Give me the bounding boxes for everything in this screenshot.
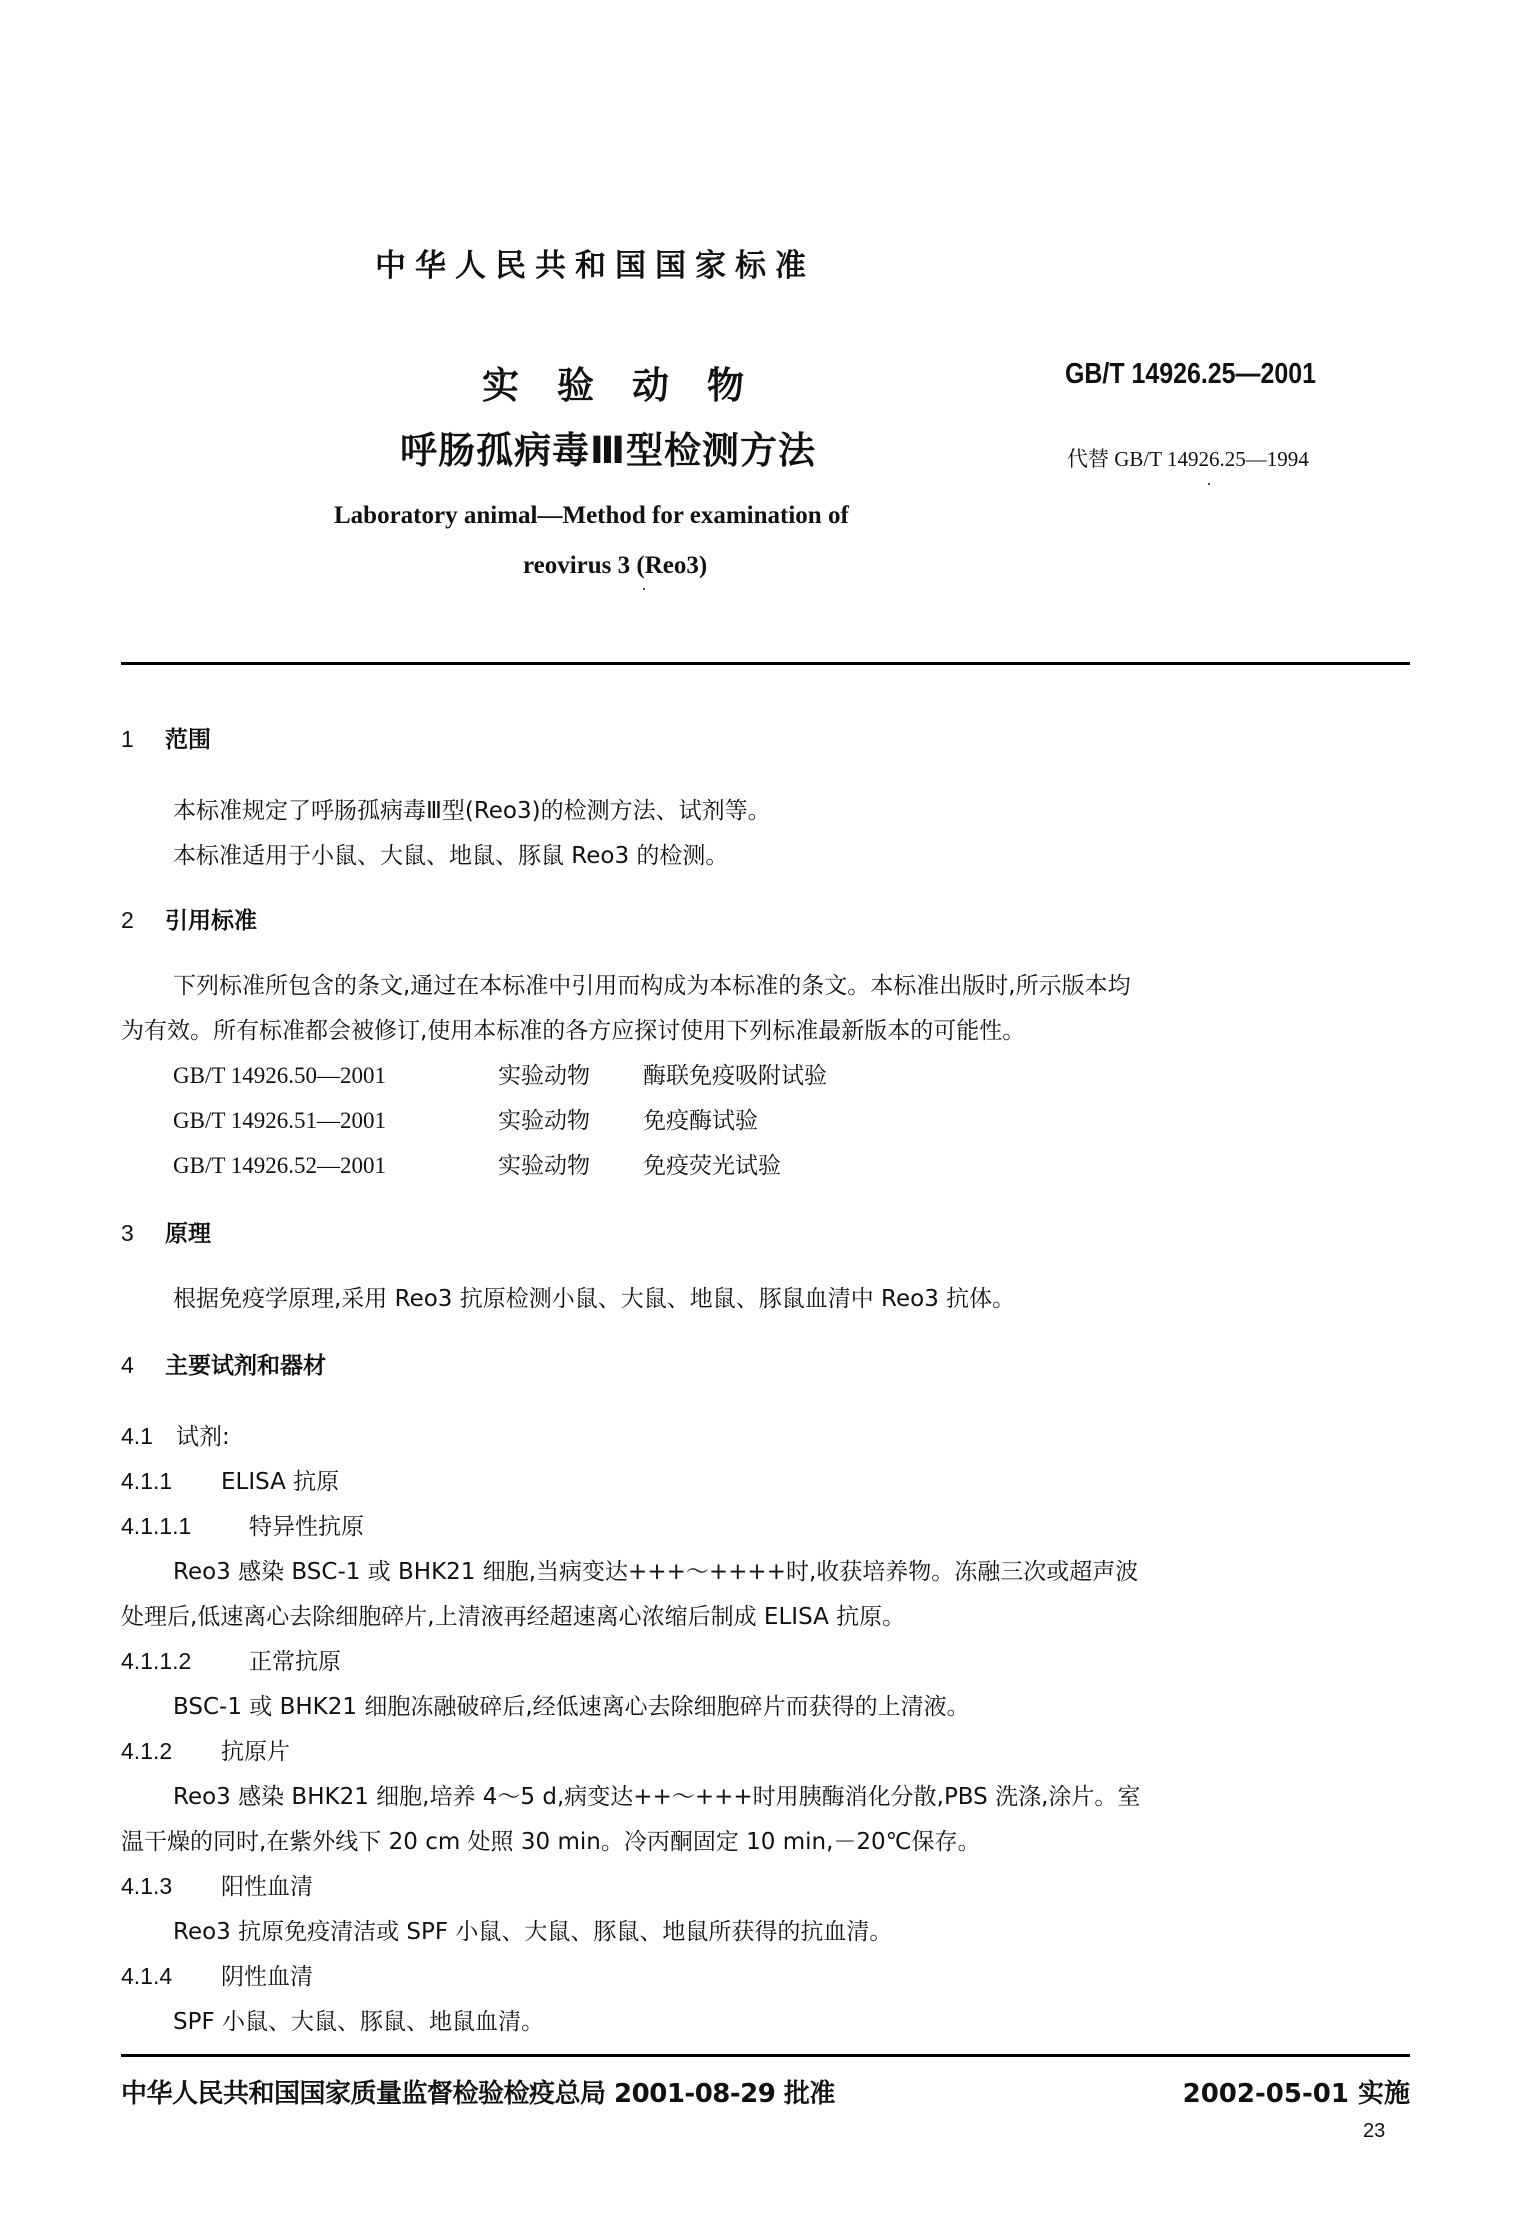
subsection-4-1-1-1: 4.1.1.1特异性抗原: [121, 1508, 364, 1541]
reference-item: GB/T 14926.50—2001实验动物酶联免疫吸附试验: [173, 1057, 827, 1090]
subsection-title: ELISA 抗原: [221, 1469, 339, 1495]
subsection-4-1: 4.1试剂:: [121, 1418, 230, 1451]
reference-code: GB/T 14926.50—2001: [173, 1063, 498, 1089]
national-standard-heading: 中华人民共和国国家标准: [375, 240, 815, 285]
paragraph: 处理后,低速离心去除细胞碎片,上清液再经超速离心浓缩后制成 ELISA 抗原。: [121, 1598, 905, 1631]
reference-category: 实验动物: [498, 1057, 643, 1090]
paragraph: BSC-1 或 BHK21 细胞冻融破碎后,经低速离心去除细胞碎片而获得的上清液…: [173, 1688, 970, 1721]
paragraph: 温干燥的同时,在紫外线下 20 cm 处照 30 min。冷丙酮固定 10 mi…: [121, 1823, 981, 1856]
reference-category: 实验动物: [498, 1102, 643, 1135]
reference-code: GB/T 14926.52—2001: [173, 1153, 498, 1179]
subsection-4-1-1-2: 4.1.1.2正常抗原: [121, 1643, 341, 1676]
implementation-date: 2002-05-01 实施: [1183, 2073, 1410, 2110]
page-number: 23: [1363, 2120, 1385, 2143]
paragraph: 根据免疫学原理,采用 Reo3 抗原检测小鼠、大鼠、地鼠、豚鼠血清中 Reo3 …: [173, 1280, 1015, 1313]
subsection-title: 正常抗原: [249, 1649, 341, 1675]
title-cn-line1: 实验动物: [482, 355, 782, 409]
subsection-4-1-2: 4.1.2抗原片: [121, 1733, 290, 1766]
subsection-title: 阳性血清: [221, 1874, 313, 1900]
paragraph: SPF 小鼠、大鼠、豚鼠、地鼠血清。: [173, 2003, 544, 2036]
scan-speck: [643, 588, 645, 590]
paragraph: 本标准规定了呼肠孤病毒Ⅲ型(Reo3)的检测方法、试剂等。: [173, 792, 771, 825]
subsection-title: 阴性血清: [221, 1964, 313, 1990]
footer-divider: [121, 2054, 1410, 2057]
subsection-4-1-1: 4.1.1ELISA 抗原: [121, 1463, 339, 1496]
subsection-number: 4.1: [121, 1423, 176, 1450]
section-number: 2: [121, 907, 165, 934]
reference-item: GB/T 14926.51—2001实验动物免疫酶试验: [173, 1102, 758, 1135]
subsection-4-1-3: 4.1.3阳性血清: [121, 1868, 313, 1901]
paragraph: 本标准适用于小鼠、大鼠、地鼠、豚鼠 Reo3 的检测。: [173, 837, 728, 870]
section-4-heading: 4主要试剂和器材: [121, 1347, 326, 1380]
replaces-standard: 代替 GB/T 14926.25—1994: [1067, 443, 1309, 473]
title-en-line2: reovirus 3 (Reo3): [523, 552, 707, 580]
subsection-number: 4.1.1: [121, 1468, 221, 1495]
reference-name: 酶联免疫吸附试验: [643, 1063, 827, 1089]
subsection-number: 4.1.2: [121, 1738, 221, 1765]
section-title: 原理: [165, 1221, 211, 1247]
section-title: 范围: [165, 727, 211, 753]
section-3-heading: 3原理: [121, 1215, 211, 1248]
subsection-title: 特异性抗原: [249, 1514, 364, 1540]
subsection-number: 4.1.3: [121, 1873, 221, 1900]
title-cn-line2: 呼肠孤病毒Ⅲ型检测方法: [400, 420, 816, 474]
reference-item: GB/T 14926.52—2001实验动物免疫荧光试验: [173, 1147, 781, 1180]
section-2-heading: 2引用标准: [121, 902, 257, 935]
section-number: 4: [121, 1352, 165, 1379]
section-number: 3: [121, 1220, 165, 1247]
scan-speck: [1208, 483, 1210, 485]
paragraph: 下列标准所包含的条文,通过在本标准中引用而构成为本标准的条文。本标准出版时,所示…: [173, 967, 1131, 1000]
reference-name: 免疫荧光试验: [643, 1153, 781, 1179]
paragraph: 为有效。所有标准都会被修订,使用本标准的各方应探讨使用下列标准最新版本的可能性。: [121, 1012, 1025, 1045]
reference-name: 免疫酶试验: [643, 1108, 758, 1134]
subsection-number: 4.1.1.1: [121, 1513, 249, 1540]
reference-code: GB/T 14926.51—2001: [173, 1108, 498, 1134]
subsection-title: 抗原片: [221, 1739, 290, 1765]
reference-category: 实验动物: [498, 1147, 643, 1180]
paragraph: Reo3 抗原免疫清洁或 SPF 小鼠、大鼠、豚鼠、地鼠所获得的抗血清。: [173, 1913, 892, 1946]
approval-statement: 中华人民共和国国家质量监督检验检疫总局 2001-08-29 批准: [121, 2073, 835, 2110]
paragraph: Reo3 感染 BHK21 细胞,培养 4～5 d,病变达++～+++时用胰酶消…: [173, 1778, 1140, 1811]
section-title: 引用标准: [165, 908, 257, 934]
subsection-number: 4.1.1.2: [121, 1648, 249, 1675]
section-1-heading: 1范围: [121, 721, 211, 754]
standard-code: GB/T 14926.25—2001: [1065, 358, 1316, 391]
subsection-4-1-4: 4.1.4阴性血清: [121, 1958, 313, 1991]
section-number: 1: [121, 726, 165, 753]
paragraph: Reo3 感染 BSC-1 或 BHK21 细胞,当病变达+++～++++时,收…: [173, 1553, 1138, 1586]
header-divider: [121, 662, 1410, 665]
section-title: 主要试剂和器材: [165, 1353, 326, 1379]
subsection-number: 4.1.4: [121, 1963, 221, 1990]
subsection-title: 试剂:: [176, 1424, 230, 1450]
title-en-line1: Laboratory animal—Method for examination…: [334, 502, 849, 530]
